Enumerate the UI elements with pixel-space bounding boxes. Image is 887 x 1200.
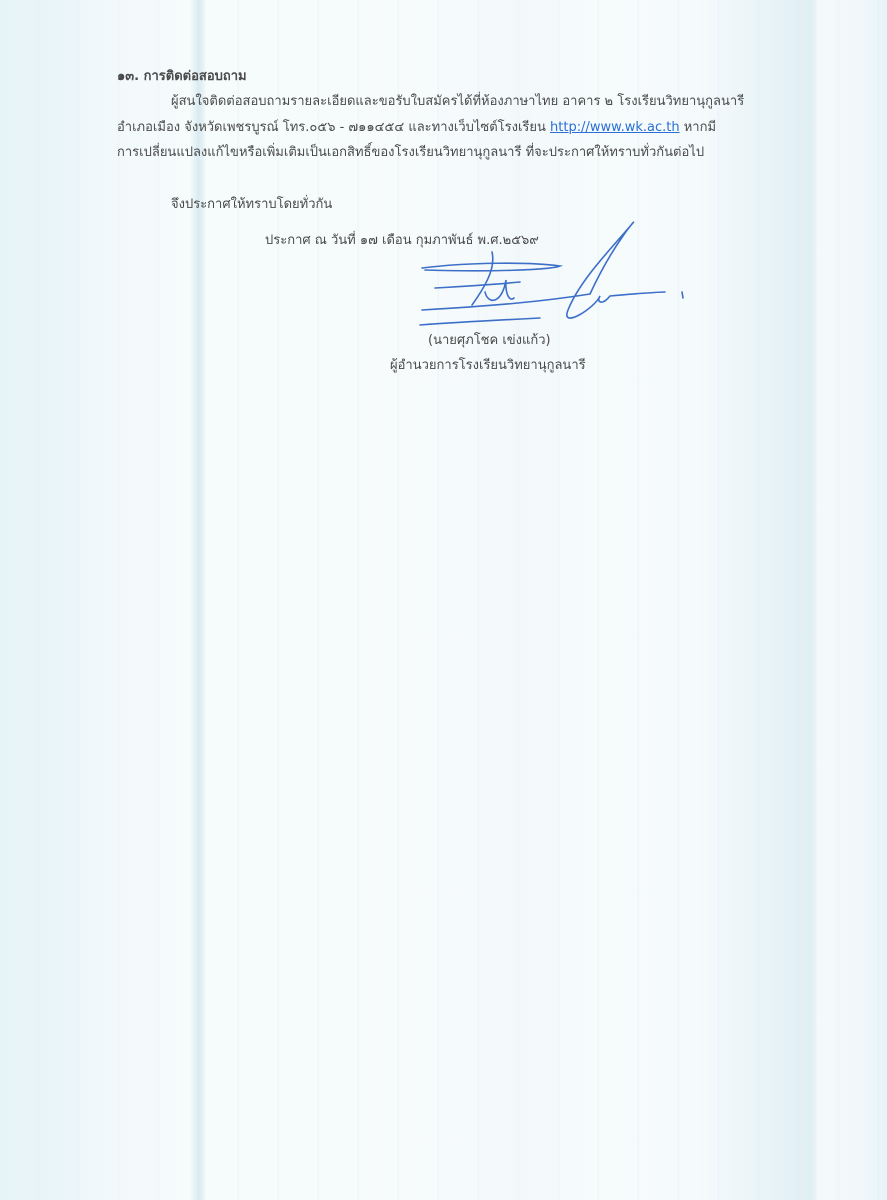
- section-heading: ๑๓. การติดต่อสอบถาม: [117, 65, 247, 89]
- school-website-link[interactable]: http://www.wk.ac.th: [550, 120, 680, 135]
- signer-title: ผู้อำนวยการโรงเรียนวิทยานุกูลนารี: [390, 354, 586, 378]
- closing-statement: จึงประกาศให้ทราบโดยทั่วกัน: [171, 193, 332, 217]
- contact-paragraph-line-2: อำเภอเมือง จังหวัดเพชรบูรณ์ โทร.๐๕๖ - ๗๑…: [117, 116, 716, 140]
- contact-text: อำเภอเมือง จังหวัดเพชรบูรณ์ โทร.๐๕๖ - ๗๑…: [117, 120, 550, 135]
- contact-text-tail: หากมี: [680, 120, 716, 135]
- contact-paragraph-line-3: การเปลี่ยนแปลงแก้ไขหรือเพิ่มเติมเป็นเอกส…: [117, 141, 704, 165]
- signature-image: [410, 210, 700, 340]
- signer-name: (นายศุภโชค เข่งแก้ว): [428, 329, 551, 353]
- document-page: ๑๓. การติดต่อสอบถาม ผู้สนใจติดต่อสอบถามร…: [0, 0, 887, 1200]
- contact-paragraph-line-1: ผู้สนใจติดต่อสอบถามรายละเอียดและขอรับใบส…: [171, 90, 744, 114]
